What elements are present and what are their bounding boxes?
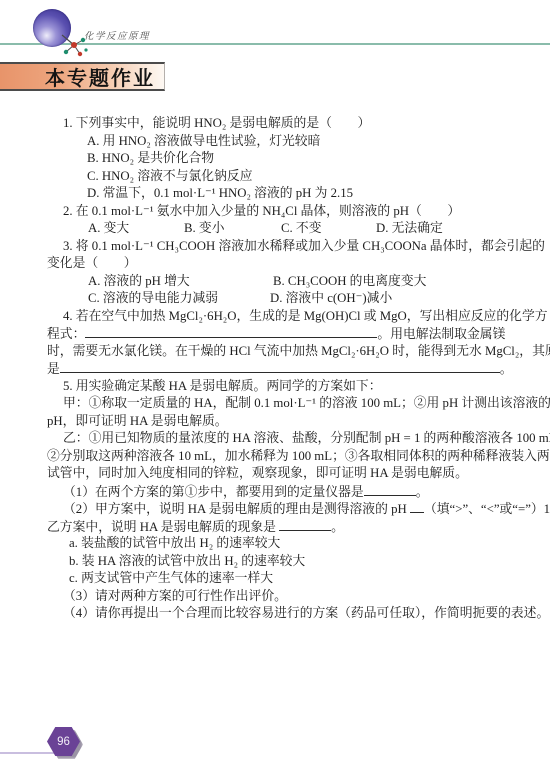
answer-blank bbox=[85, 325, 377, 338]
text-run: B. CH₃COOH 的电离度变大 bbox=[273, 273, 426, 291]
text-run: D. 常温下，0.1 mol·L⁻¹ HNO₂ 溶液的 pH 为 2.15 bbox=[87, 186, 353, 200]
text-run: A. 溶液的 pH 增大 bbox=[88, 273, 190, 291]
page-number: 96 bbox=[57, 736, 70, 748]
q5-part-3: （3）请对两种方案的可行性作出评价。 bbox=[47, 588, 509, 606]
q5-part-2-cont: 乙方案中，说明 HA 是弱电解质的现象是 。 bbox=[47, 518, 509, 536]
text-run: D. 无法确定 bbox=[376, 220, 443, 238]
text-run: 2. 在 0.1 mol·L⁻¹ 氨水中加入少量的 NH₄Cl 晶体，则溶液的 … bbox=[63, 204, 460, 218]
q1-stem: 1. 下列事实中，能说明 HNO₂ 是弱电解质的是（ ） bbox=[47, 115, 509, 133]
exercise-content: 1. 下列事实中，能说明 HNO₂ 是弱电解质的是（ ）A. 用 HNO₂ 溶液… bbox=[47, 115, 509, 623]
scheme-yi-1: 乙：①用已知物质的量浓度的 HA 溶液、盐酸，分别配制 pH = 1 的两种酸溶… bbox=[47, 430, 509, 448]
text-run: 时，需要无水氯化镁。在干燥的 HCl 气流中加热 MgCl₂·6H₂O 时，能得… bbox=[47, 344, 550, 358]
q3-stem-cont: 变化是（ ） bbox=[47, 255, 509, 273]
q1-option-d: D. 常温下，0.1 mol·L⁻¹ HNO₂ 溶液的 pH 为 2.15 bbox=[47, 185, 509, 203]
footer-rule bbox=[0, 752, 55, 754]
text-run: 试管中，同时加入纯度相同的锌粒，观察现象，即可证明 HA 是弱电解质。 bbox=[47, 466, 468, 480]
q5-choice-a: a. 装盐酸的试管中放出 H₂ 的速率较大 bbox=[47, 535, 509, 553]
answer-blank bbox=[364, 483, 416, 496]
text-run: 乙：①用已知物质的量浓度的 HA 溶液、盐酸，分别配制 pH = 1 的两种酸溶… bbox=[63, 431, 550, 445]
text-run: 变化是（ ） bbox=[47, 256, 137, 270]
q3-stem: 3. 将 0.1 mol·L⁻¹ CH₃COOH 溶液加水稀释或加入少量 CH₃… bbox=[47, 238, 509, 256]
textbook-page: 化学反应原理 本专题作业 1. 下列事实中，能说明 HNO₂ 是弱电解质的是（ … bbox=[0, 0, 550, 778]
scheme-yi-2: ②分别取这两种溶液各 10 mL，加水稀释为 100 mL；③各取相同体积的两种… bbox=[47, 448, 509, 466]
scheme-jia-2: pH，即可证明 HA 是弱电解质。 bbox=[47, 413, 509, 431]
text-run: ②分别取这两种溶液各 10 mL，加水稀释为 100 mL；③各取相同体积的两种… bbox=[47, 449, 550, 463]
text-run: 4. 若在空气中加热 MgCl₂·6H₂O，生成的是 Mg(OH)Cl 或 Mg… bbox=[63, 309, 548, 323]
text-run: C. HNO₂ 溶液不与氯化钠反应 bbox=[87, 169, 253, 183]
text-run: 。用电解法制取金属镁 bbox=[377, 327, 505, 341]
q1-option-c: C. HNO₂ 溶液不与氯化钠反应 bbox=[47, 168, 509, 186]
text-run: （填“>”、“<”或“=”）1。 bbox=[424, 502, 550, 516]
text-run: 3. 将 0.1 mol·L⁻¹ CH₃COOH 溶液加水稀释或加入少量 CH₃… bbox=[63, 239, 545, 253]
text-run: 乙方案中，说明 HA 是弱电解质的现象是 bbox=[47, 520, 279, 534]
text-run: pH，即可证明 HA 是弱电解质。 bbox=[47, 414, 228, 428]
text-run: A. 用 HNO₂ 溶液做导电性试验，灯光较暗 bbox=[87, 134, 320, 148]
q5-part-1: （1）在两个方案的第①步中，都要用到的定量仪器是。 bbox=[47, 483, 509, 501]
answer-blank bbox=[410, 500, 424, 513]
q4-stem: 4. 若在空气中加热 MgCl₂·6H₂O，生成的是 Mg(OH)Cl 或 Mg… bbox=[47, 308, 509, 326]
text-run: C. 溶液的导电能力减弱 bbox=[88, 290, 218, 308]
text-run: 。 bbox=[331, 520, 344, 534]
q4-blank-line-2: 是。 bbox=[47, 360, 509, 378]
q5-choice-b: b. 装 HA 溶液的试管中放出 H₂ 的速率较大 bbox=[47, 553, 509, 571]
text-run: （4）请你再提出一个合理而比较容易进行的方案（药品可任取），作简明扼要的表述。 bbox=[63, 606, 549, 620]
section-title-banner: 本专题作业 bbox=[0, 62, 165, 91]
q2-stem: 2. 在 0.1 mol·L⁻¹ 氨水中加入少量的 NH₄Cl 晶体，则溶液的 … bbox=[47, 203, 509, 221]
text-run: （1）在两个方案的第①步中，都要用到的定量仪器是 bbox=[63, 485, 364, 499]
q4-cont: 时，需要无水氯化镁。在干燥的 HCl 气流中加热 MgCl₂·6H₂O 时，能得… bbox=[47, 343, 509, 361]
text-run: A. 变大 bbox=[88, 220, 129, 238]
text-run: c. 两支试管中产生气体的速率一样大 bbox=[69, 571, 273, 585]
q5-choice-c: c. 两支试管中产生气体的速率一样大 bbox=[47, 570, 509, 588]
q3-options-row-1: A. 溶液的 pH 增大B. CH₃COOH 的电离度变大 bbox=[47, 273, 509, 291]
text-run: （3）请对两种方案的可行性作出评价。 bbox=[63, 589, 287, 603]
q3-options-row-2: C. 溶液的导电能力减弱D. 溶液中 c(OH⁻)减小 bbox=[47, 290, 509, 308]
q5-part-4: （4）请你再提出一个合理而比较容易进行的方案（药品可任取），作简明扼要的表述。 bbox=[47, 605, 509, 623]
text-run: a. 装盐酸的试管中放出 H₂ 的速率较大 bbox=[69, 536, 280, 550]
text-run: （2）甲方案中，说明 HA 是弱电解质的理由是测得溶液的 pH bbox=[63, 502, 410, 516]
text-run: 是 bbox=[47, 362, 60, 376]
text-run: D. 溶液中 c(OH⁻)减小 bbox=[270, 290, 392, 308]
q5-part-2: （2）甲方案中，说明 HA 是弱电解质的理由是测得溶液的 pH （填“>”、“<… bbox=[47, 500, 509, 518]
q5-stem: 5. 用实验确定某酸 HA 是弱电解质。两同学的方案如下： bbox=[47, 378, 509, 396]
q1-option-b: B. HNO₂ 是共价化合物 bbox=[47, 150, 509, 168]
text-run: B. HNO₂ 是共价化合物 bbox=[87, 151, 214, 165]
text-run: B. 变小 bbox=[184, 220, 225, 238]
text-run: 。 bbox=[416, 485, 429, 499]
text-run: C. 不变 bbox=[281, 220, 322, 238]
section-title: 本专题作业 bbox=[45, 62, 155, 91]
text-run: 程式： bbox=[47, 327, 85, 341]
q1-option-a: A. 用 HNO₂ 溶液做导电性试验，灯光较暗 bbox=[47, 133, 509, 151]
text-run: 1. 下列事实中，能说明 HNO₂ 是弱电解质的是（ ） bbox=[63, 116, 370, 130]
text-run: b. 装 HA 溶液的试管中放出 H₂ 的速率较大 bbox=[69, 554, 305, 568]
text-run: 甲：①称取一定质量的 HA，配制 0.1 mol·L⁻¹ 的溶液 100 mL；… bbox=[63, 396, 550, 410]
answer-blank bbox=[279, 518, 331, 531]
text-run: 5. 用实验确定某酸 HA 是弱电解质。两同学的方案如下： bbox=[63, 379, 382, 393]
text-run: 。 bbox=[500, 362, 513, 376]
q2-options-row: A. 变大B. 变小C. 不变D. 无法确定 bbox=[47, 220, 509, 238]
answer-blank bbox=[60, 360, 500, 373]
scheme-yi-3: 试管中，同时加入纯度相同的锌粒，观察现象，即可证明 HA 是弱电解质。 bbox=[47, 465, 509, 483]
molecule-icon bbox=[60, 33, 94, 59]
q4-blank-line: 程式：。用电解法制取金属镁 bbox=[47, 325, 509, 343]
scheme-jia-1: 甲：①称取一定质量的 HA，配制 0.1 mol·L⁻¹ 的溶液 100 mL；… bbox=[47, 395, 509, 413]
